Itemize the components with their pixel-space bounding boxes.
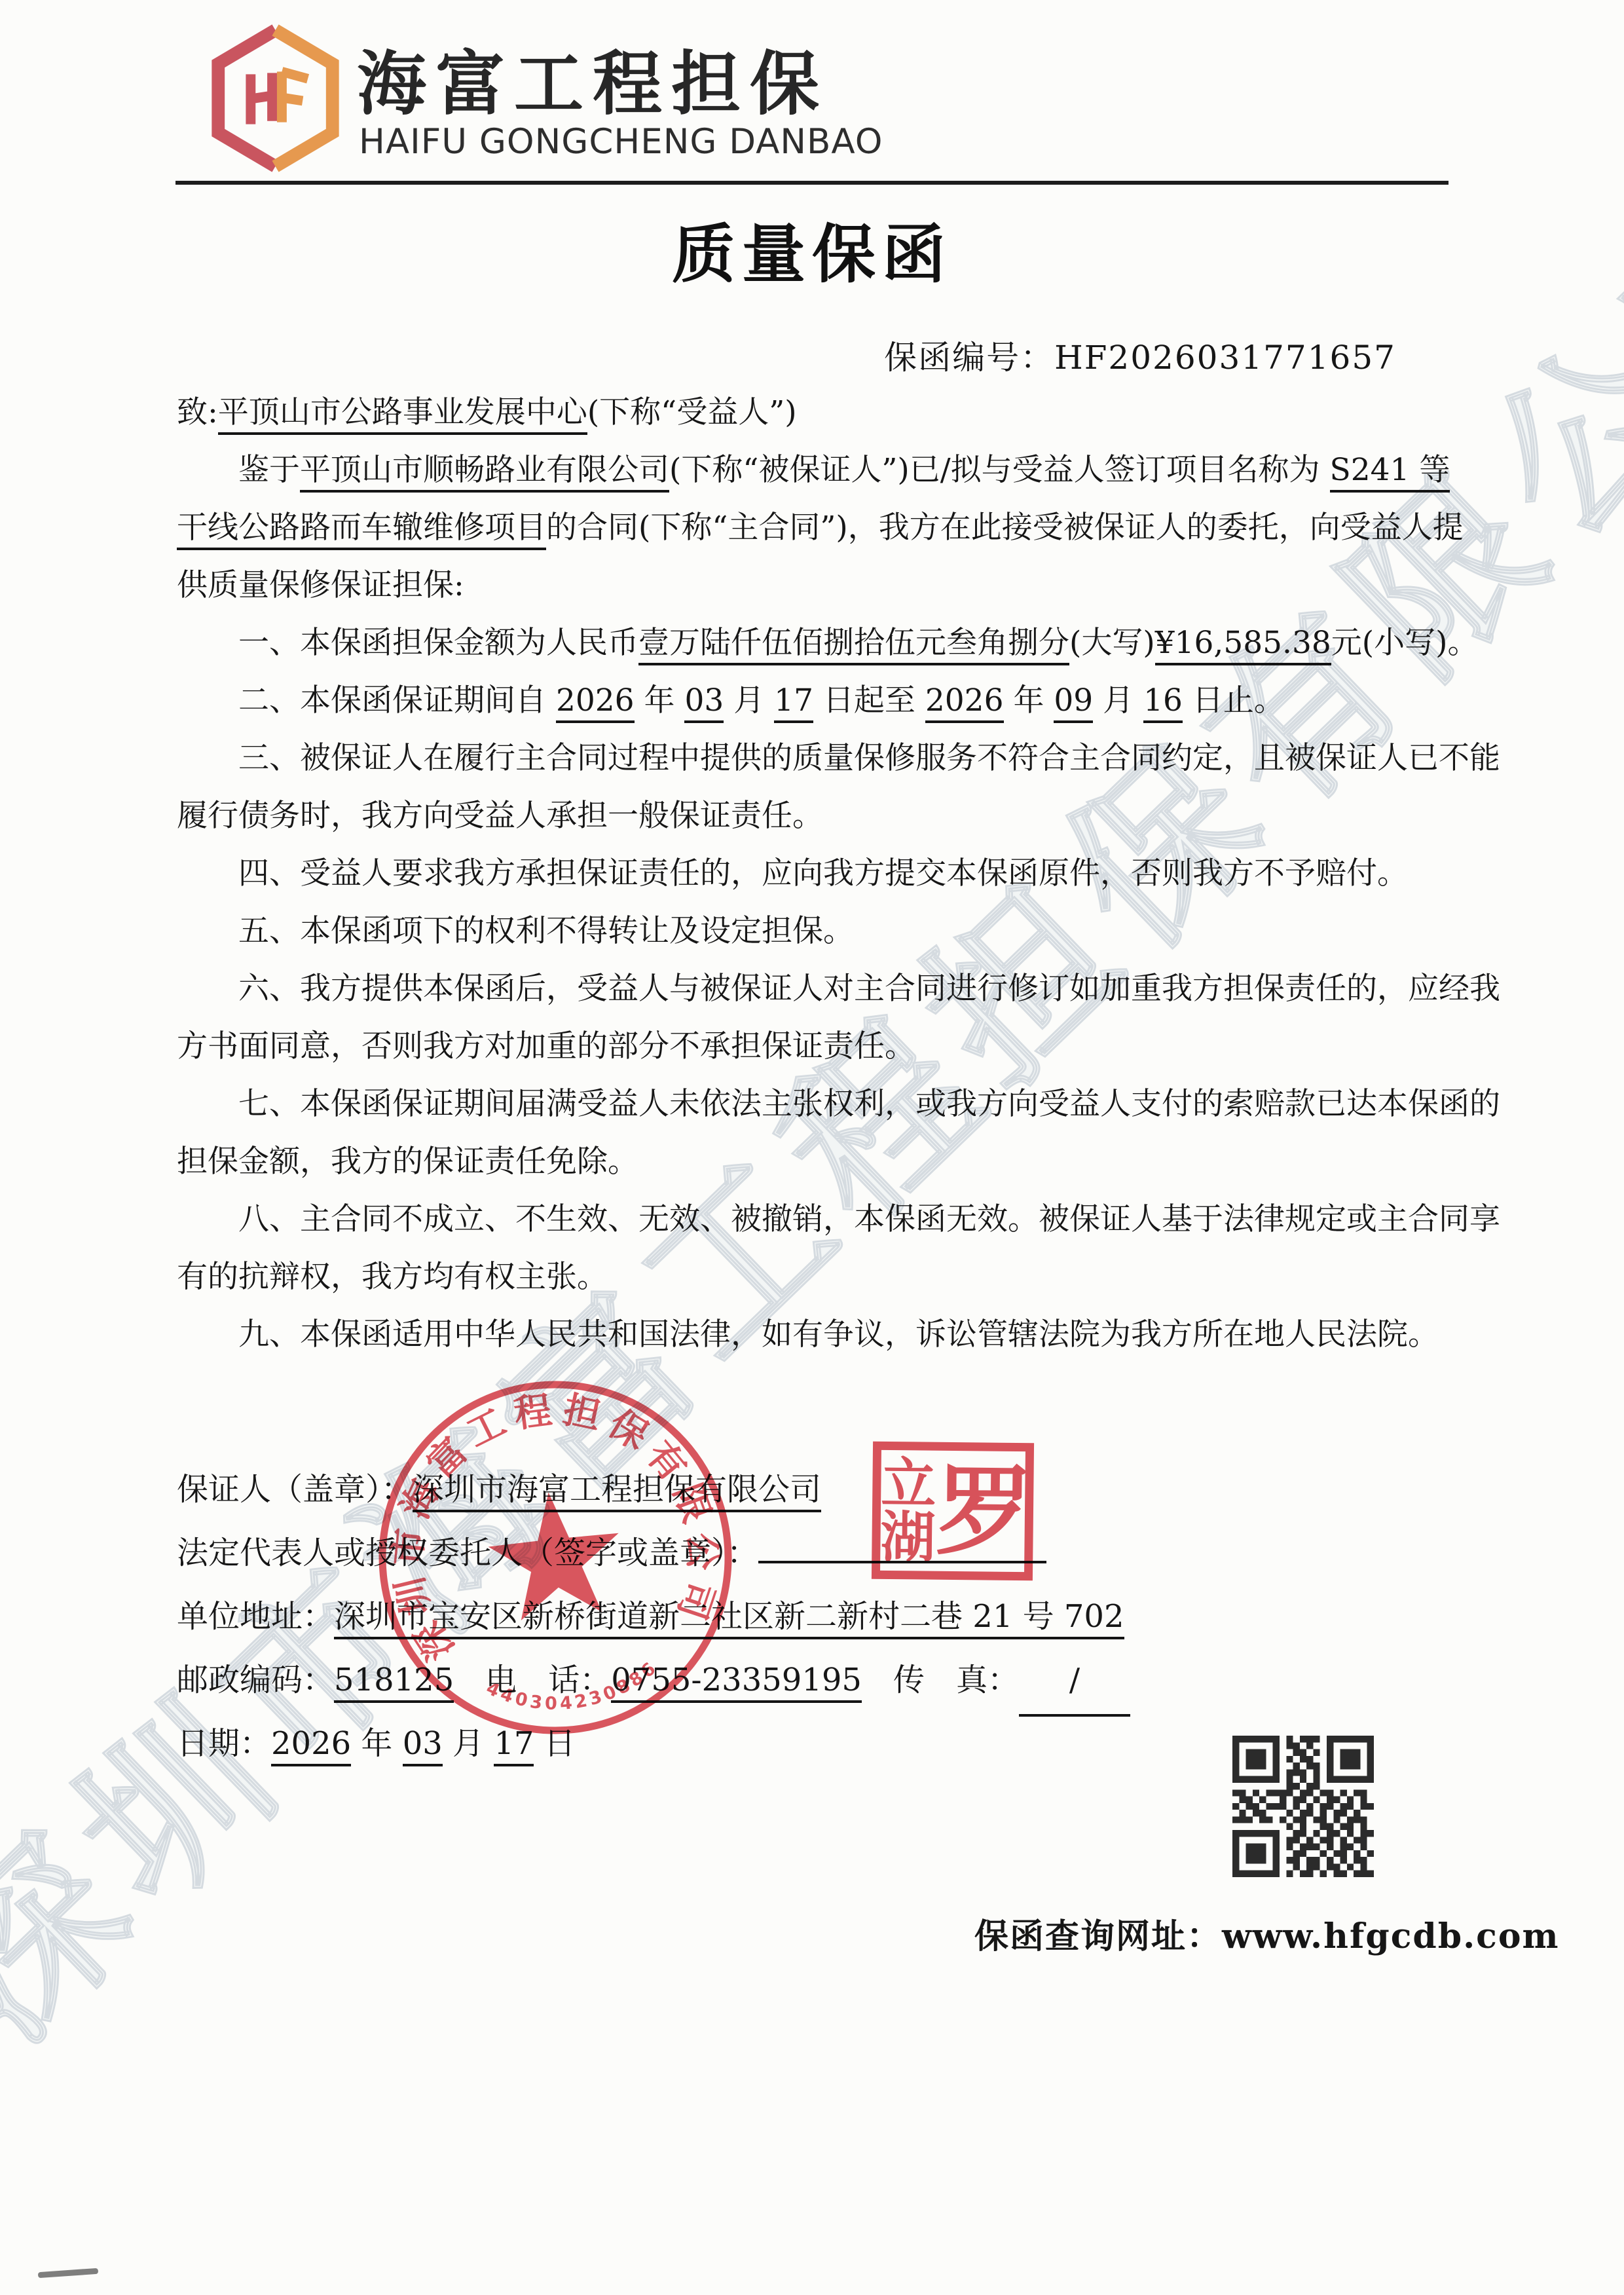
guarantee-query-url: 保函查询网址：www.hfgcdb.com [974,1909,1560,1958]
document-page: 深圳市海富工程担保有限公司 海富工程担保 HAIFU GONGCHENG DAN… [0,0,1624,2295]
filled-in-value: 干线公路路而车辙维修项目 [177,510,546,550]
static-text: (下称“被保证人”)已/拟与受益人签订项目名称为 [669,452,1330,488]
round-company-seal: 深圳市海富工程担保有限公司 4403042308863 [354,1356,756,1759]
filled-in-value: / [1019,1649,1130,1717]
static-text: 致: [177,394,218,430]
static-text: 日期： [177,1725,271,1762]
static-text: 有的抗辩权，我方均有权主张。 [177,1259,608,1295]
static-text: 日止。 [1183,682,1285,718]
text-line: 四、受益人要求我方承担保证责任的，应向我方提交本保函原件，否则我方不予赔付。 [177,845,1452,903]
text-line: 供质量保修保证担保: [177,557,1452,614]
text-line: 八、主合同不成立、不生效、无效、被撤销，本保函无效。被保证人基于法律规定或主合同… [177,1191,1452,1248]
text-line: 有的抗辩权，我方均有权主张。 [177,1248,1452,1306]
static-text: 元(小写)。 [1331,625,1479,661]
static-text: 日起至 [813,682,925,718]
haifu-logo-icon [208,24,342,173]
document-title: 质量保函 [0,203,1624,295]
filled-in-value: 03 [684,682,724,723]
text-line: 担保金额，我方的保证责任免除。 [177,1133,1452,1191]
filled-in-value: 2026 [556,682,635,723]
static-text: 七、本保函保证期间届满受益人未依法主张权利，或我方向受益人支付的索赔款已达本保函… [238,1086,1500,1122]
filled-in-value: 平顶山市顺畅路业有限公司 [300,452,669,493]
square-seal-char-right: 罗 [935,1463,1033,1561]
square-seal-char-bottom-left: 湖 [880,1510,936,1565]
text-line: 七、本保函保证期间届满受益人未依法主张权利，或我方向受益人支付的索赔款已达本保函… [177,1075,1452,1133]
static-text: 月 [724,682,774,718]
static-text: (大写) [1069,625,1155,661]
filled-in-value: 16 [1143,682,1183,723]
filled-in-value: S241 等 [1330,452,1450,493]
static-text: 传 真： [862,1662,1019,1698]
static-text: 年 [635,682,685,718]
text-line: 一、本保函担保金额为人民币壹万陆仟伍佰捌拾伍元叁角捌分(大写)¥16,585.3… [177,614,1452,672]
text-line: 履行债务时，我方向受益人承担一般保证责任。 [177,787,1452,845]
text-line: 方书面同意，否则我方对加重的部分不承担保证责任。 [177,1018,1452,1075]
static-text: 单位地址： [177,1598,334,1635]
static-text: 六、我方提供本保函后，受益人与被保证人对主合同进行修订如加重我方担保责任的，应经… [238,971,1500,1007]
header-divider [175,181,1449,185]
text-line: 五、本保函项下的权利不得转让及设定担保。 [177,903,1452,960]
guarantee-ref-number: 保函编号：HF2026031771657 [884,331,1396,379]
static-text: 八、主合同不成立、不生效、无效、被撤销，本保函无效。被保证人基于法律规定或主合同… [238,1201,1500,1237]
brand-name-cn: 海富工程担保 [357,29,828,128]
square-seal-char-top-left: 立 [881,1457,936,1511]
text-line: 六、我方提供本保函后，受益人与被保证人对主合同进行修订如加重我方担保责任的，应经… [177,960,1452,1018]
static-text: 二、本保函保证期间自 [238,682,556,718]
filled-in-value: 壹万陆仟伍佰捌拾伍元叁角捌分 [638,625,1069,665]
static-text: 九、本保函适用中华人民共和国法律，如有争议，诉讼管辖法院为我方所在地人民法院。 [238,1316,1439,1353]
static-text: 担保金额，我方的保证责任免除。 [177,1144,638,1180]
static-text: 月 [1093,682,1143,718]
text-line: 二、本保函保证期间自 2026 年 03 月 17 日起至 2026 年 09 … [177,672,1452,730]
filled-in-value: 09 [1054,682,1093,723]
scan-artifact [38,2268,98,2278]
static-text: 的合同(下称“主合同”)，我方在此接受被保证人的委托，向受益人提 [546,510,1464,546]
static-text: 一、本保函担保金额为人民币 [238,625,638,661]
filled-in-value: 平顶山市公路事业发展中心 [218,394,587,435]
text-line: 三、被保证人在履行主合同过程中提供的质量保修服务不符合主合同约定，且被保证人已不… [177,730,1452,787]
static-text: 四、受益人要求我方承担保证责任的，应向我方提交本保函原件，否则我方不予赔付。 [238,855,1408,891]
static-text: 方书面同意，否则我方对加重的部分不承担保证责任。 [177,1028,915,1064]
static-text: 履行债务时，我方向受益人承担一般保证责任。 [177,798,823,834]
static-text: 年 [1004,682,1054,718]
static-text: 鉴于 [238,452,300,488]
text-line: 致:平顶山市公路事业发展中心(下称“受益人”) [177,384,1452,441]
text-line: 鉴于平顶山市顺畅路业有限公司(下称“被保证人”)已/拟与受益人签订项目名称为 S… [177,441,1452,499]
body-text: 致:平顶山市公路事业发展中心(下称“受益人”)鉴于平顶山市顺畅路业有限公司(下称… [177,384,1452,1364]
static-text: 邮政编码： [177,1662,334,1698]
static-text: (下称“受益人”) [587,394,797,430]
text-line: 九、本保函适用中华人民共和国法律，如有争议，诉讼管辖法院为我方所在地人民法院。 [177,1306,1452,1364]
filled-in-value: ¥16,585.38 [1155,625,1331,665]
filled-in-value: 2026 [271,1725,351,1766]
brand-name-en: HAIFU GONGCHENG DANBAO [359,122,883,162]
static-text: 五、本保函项下的权利不得转让及设定担保。 [238,913,854,949]
qr-code [1232,1736,1374,1877]
filled-in-value: 2026 [925,682,1004,723]
text-line: 干线公路路而车辙维修项目的合同(下称“主合同”)，我方在此接受被保证人的委托，向… [177,499,1452,557]
star-icon [483,1485,627,1623]
filled-in-value: 17 [774,682,813,723]
square-luohu-seal: 立 湖 罗 [872,1442,1034,1581]
static-text: 供质量保修保证担保: [177,567,464,603]
static-text: 三、被保证人在履行主合同过程中提供的质量保修服务不符合主合同约定，且被保证人已不… [238,740,1500,776]
